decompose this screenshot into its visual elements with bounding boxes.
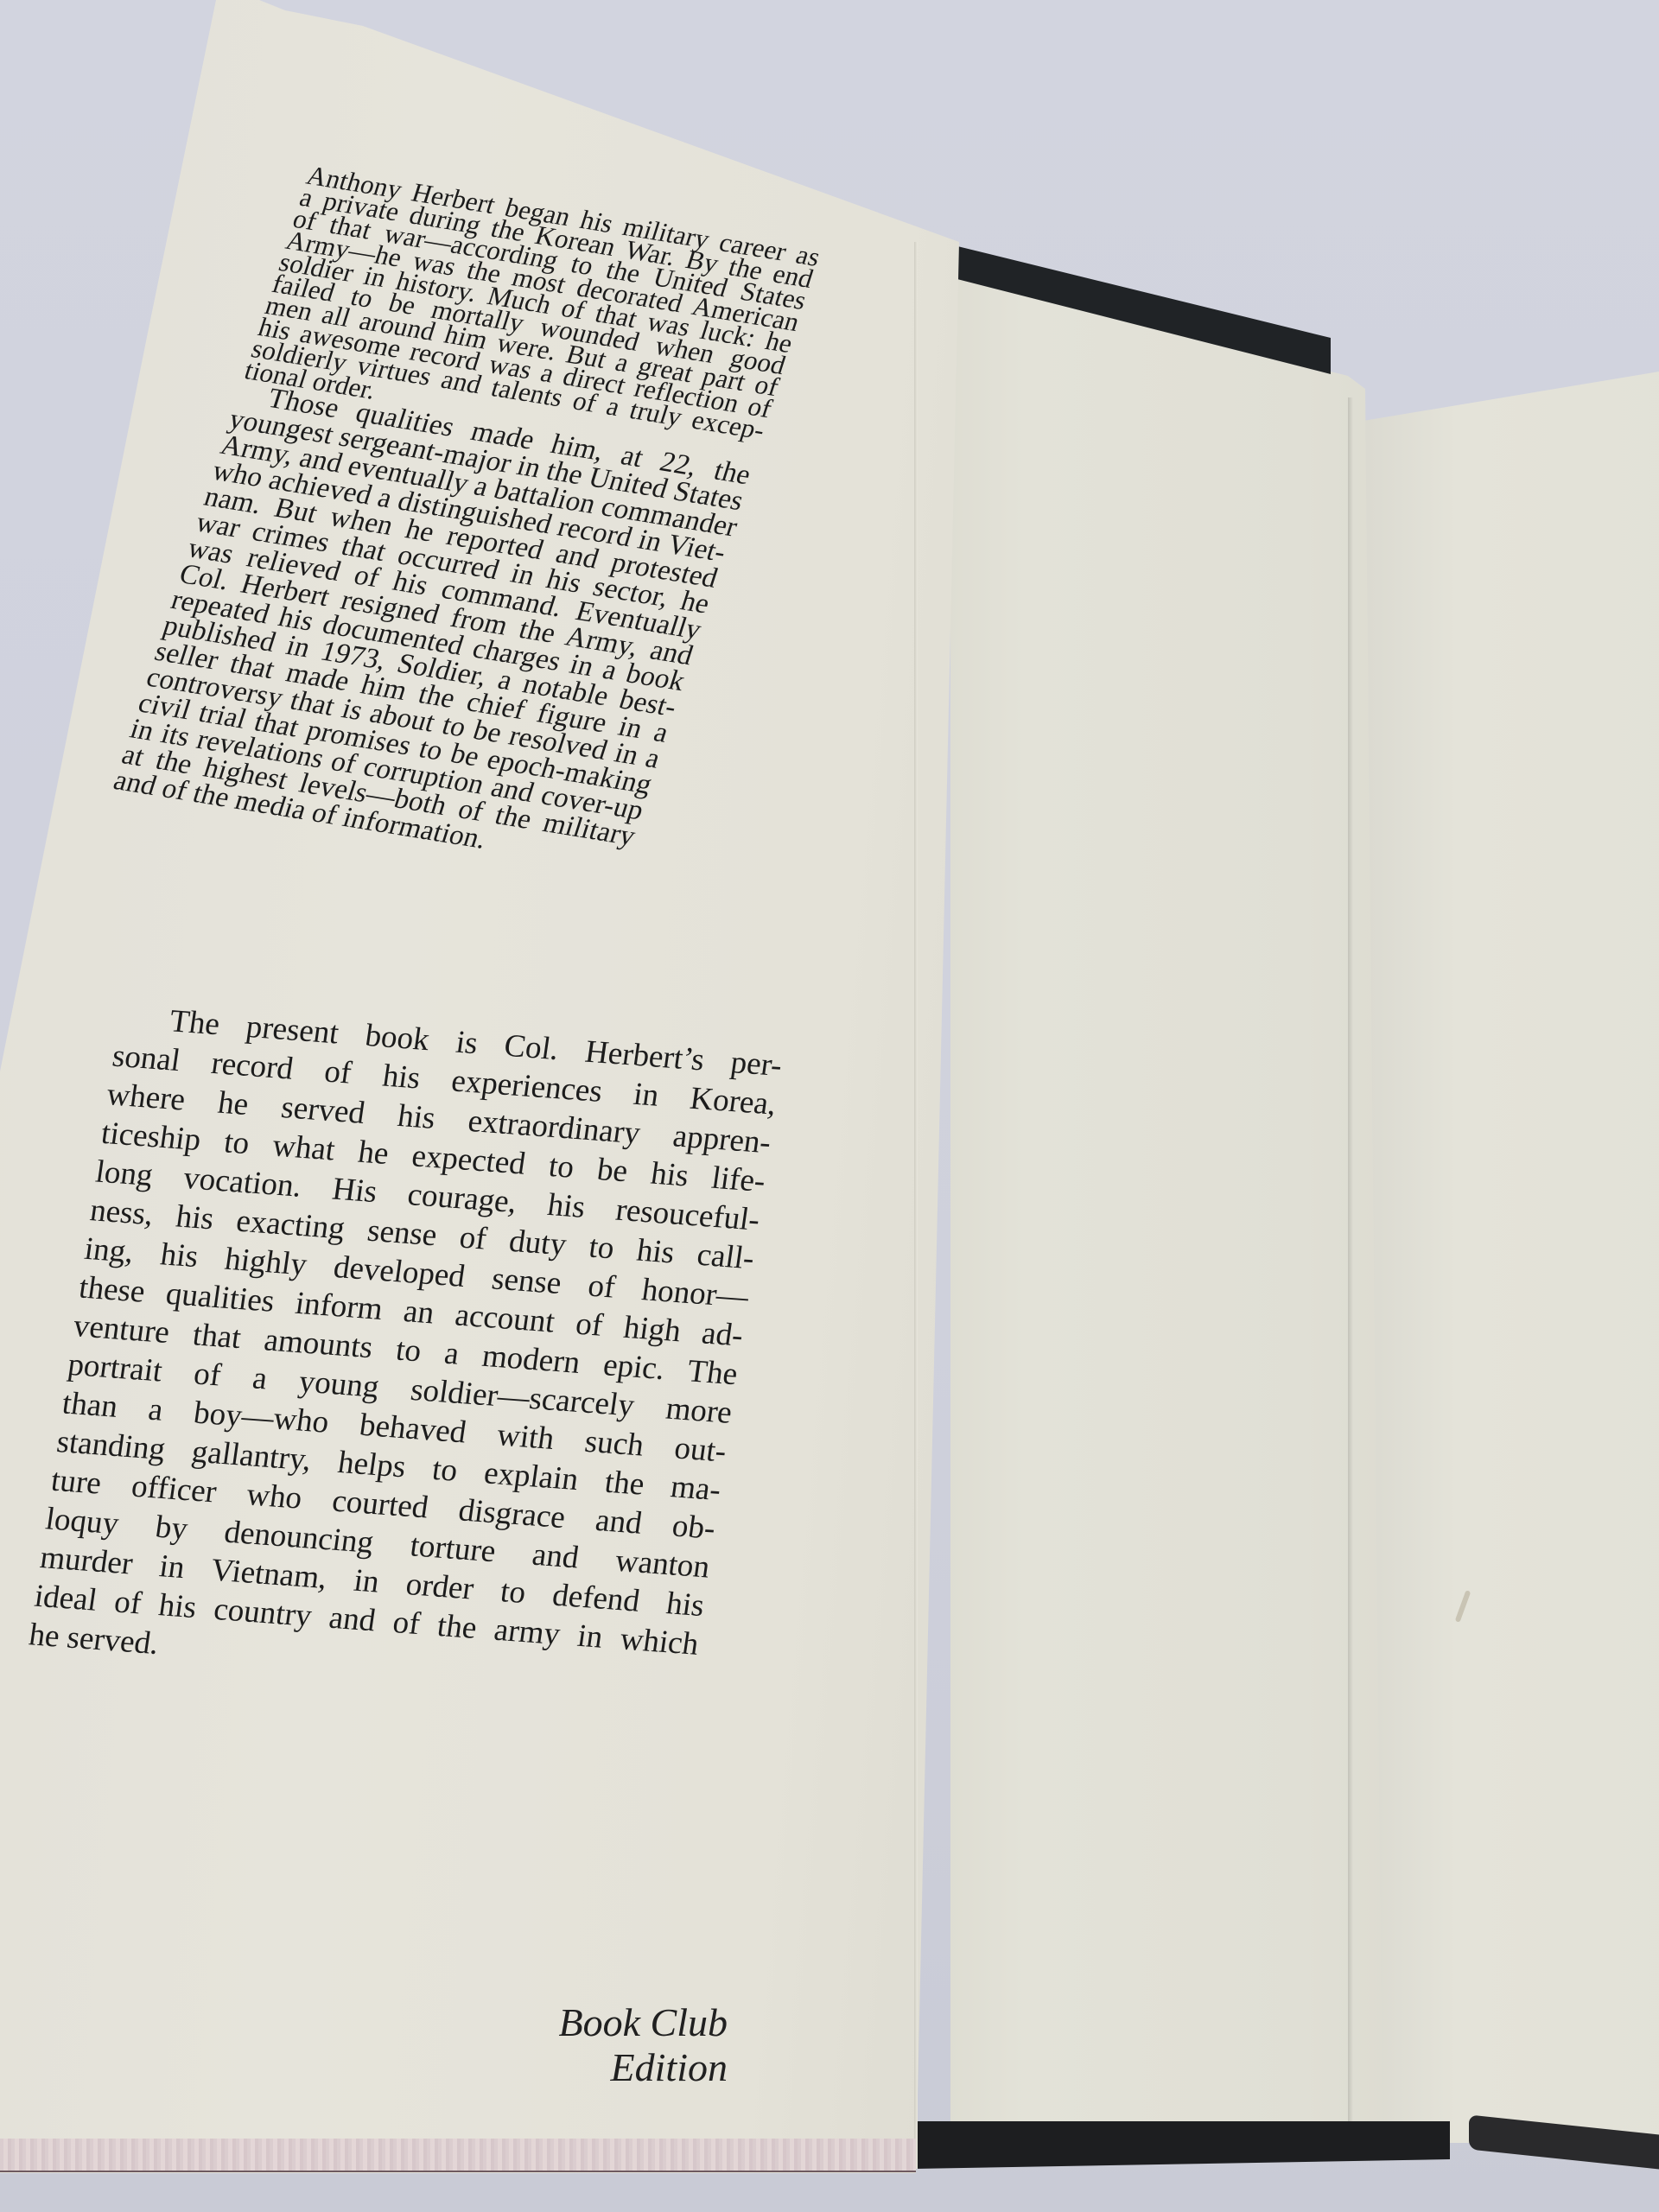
right-page [1348, 363, 1659, 2143]
flap-bottom-edge [0, 2171, 916, 2172]
edition-line-2: Edition [529, 2045, 728, 2090]
edition-line-1: Book Club [529, 2000, 728, 2045]
book-club-edition-label: Book Club Edition [529, 2000, 728, 2090]
flap-edge [914, 242, 918, 2169]
photo-scene: Anthony Herbert began his military caree… [0, 0, 1659, 2212]
endpaper-fold-shadow [1348, 397, 1353, 2126]
blurb-lower: The present book is Col. Herbert’s per- … [27, 998, 785, 1702]
paragraph-3: The present book is Col. Herbert’s per- … [27, 998, 785, 1702]
flap-bottom-stain [0, 2139, 916, 2171]
board-bottom-band [914, 2121, 1450, 2169]
